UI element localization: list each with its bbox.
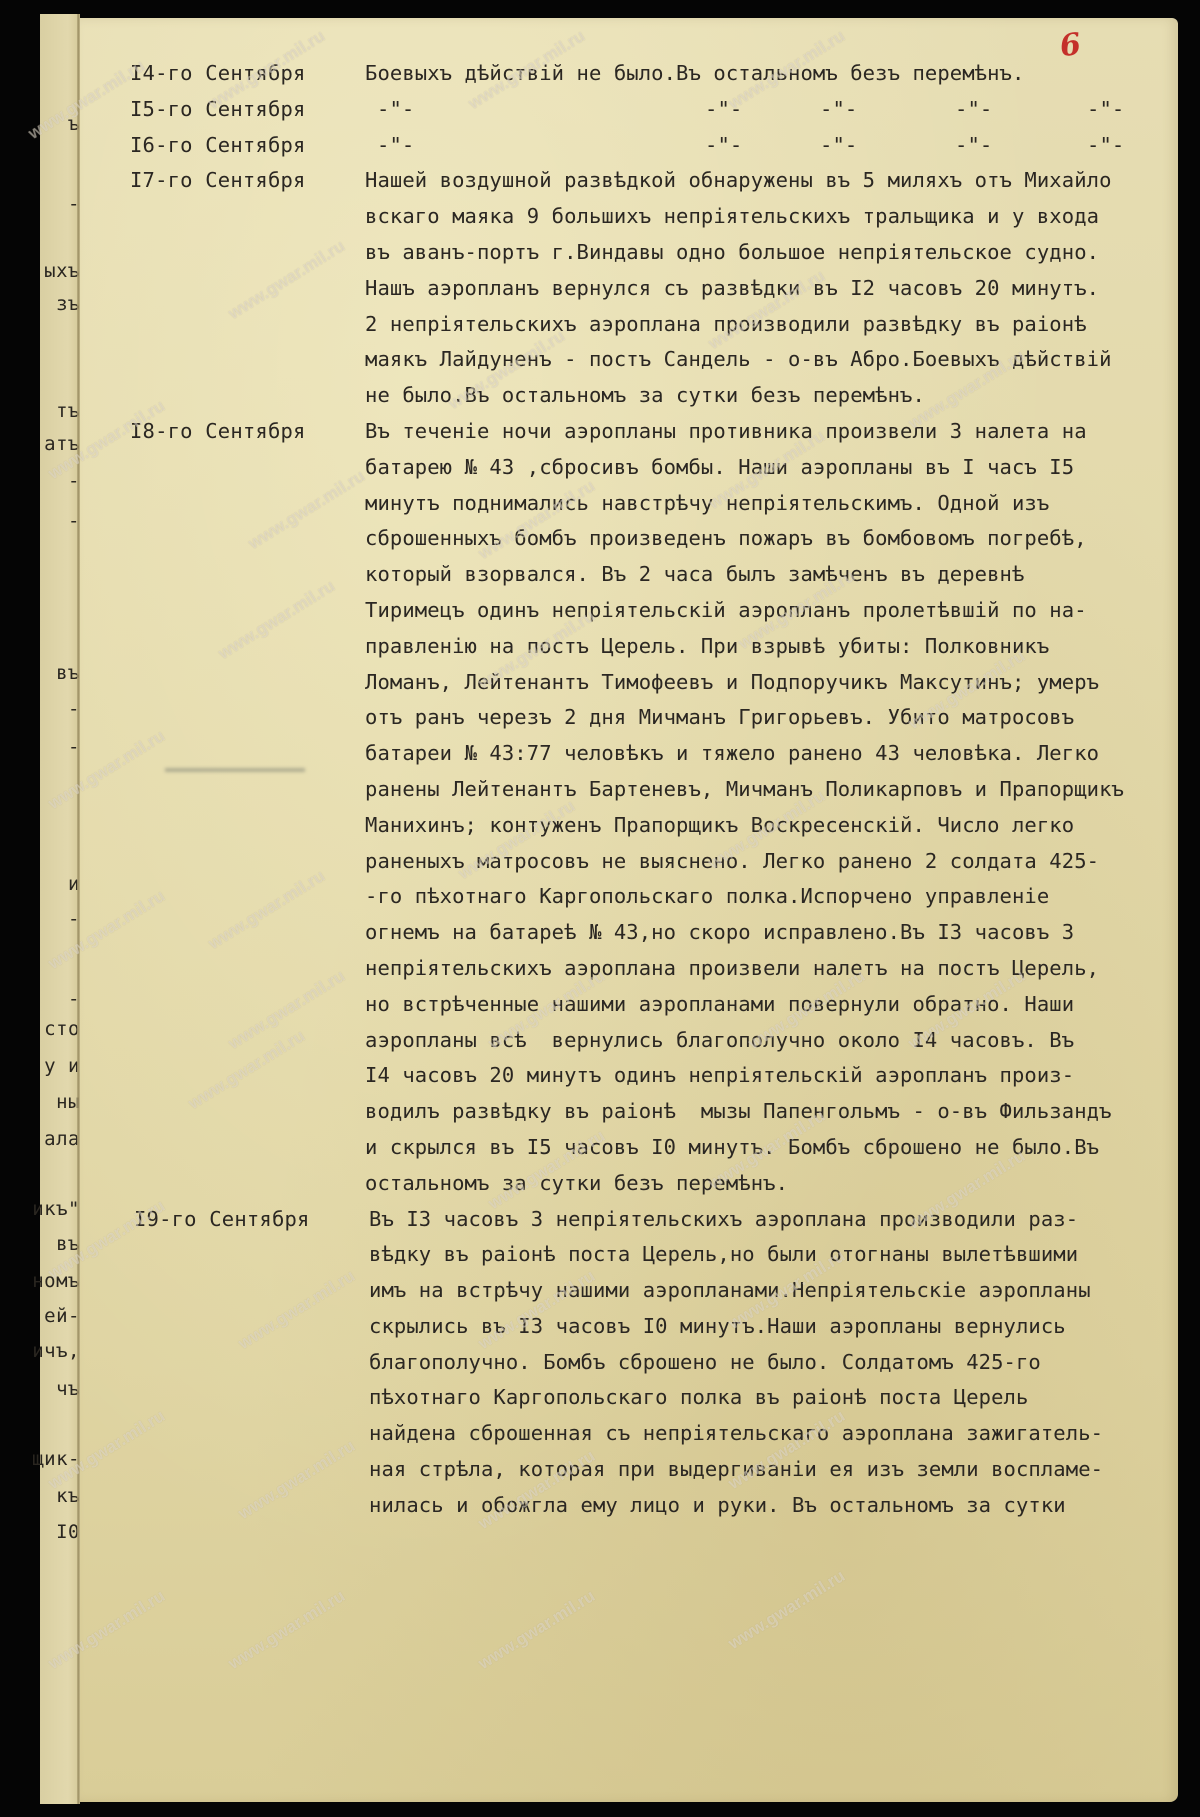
entry-ditto-marks: -"--"--"--"--"--"- bbox=[365, 92, 1190, 128]
text-line: и скрылся въ I5 часовъ I0 минутъ. Бомбъ … bbox=[365, 1130, 1190, 1166]
text-line: Тиримецъ одинъ непрiятельскiй аэропланъ … bbox=[365, 593, 1190, 629]
text-line: благополучно. Бомбъ сброшено не было. Со… bbox=[369, 1345, 1190, 1381]
text-line: маякъ Лайдуненъ - постъ Сандель - о-въ А… bbox=[365, 342, 1190, 378]
entry-date: I4-го Сентября bbox=[130, 56, 365, 92]
text-line: въ аванъ-портъ г.Виндавы одно большое не… bbox=[365, 235, 1190, 271]
log-entry: I6-го Сентября -"--"--"--"--"--"- bbox=[130, 128, 1190, 164]
entry-date: I5-го Сентября bbox=[130, 92, 365, 128]
entry-text: Въ теченiе ночи аэропланы противника про… bbox=[365, 414, 1190, 1202]
log-entry: I9-го Сентября Въ I3 часовъ 3 непрiятель… bbox=[130, 1202, 1190, 1524]
fragment-text: ичъ, bbox=[32, 1340, 80, 1362]
text-line: Въ теченiе ночи аэропланы противника про… bbox=[365, 414, 1190, 450]
text-line: скрылись въ I3 часовъ I0 минутъ.Наши аэр… bbox=[369, 1309, 1190, 1345]
ditto-mark: -"- bbox=[955, 92, 992, 128]
entry-text: Боевыхъ дѣйствiй не было.Въ остальномъ б… bbox=[365, 56, 1190, 92]
text-line: не было.Въ остальномъ за сутки безъ пере… bbox=[365, 378, 1190, 414]
fragment-text: ей- bbox=[44, 1305, 80, 1327]
ditto-mark: -"- bbox=[705, 92, 742, 128]
ditto-mark: -"- bbox=[955, 128, 992, 164]
entry-text: Нашей воздушной развѣдкой обнаружены въ … bbox=[365, 163, 1190, 414]
text-line: найдена сброшенная съ непрiятельскаго аэ… bbox=[369, 1416, 1190, 1452]
text-line: остальномъ за сутки безъ перемѣнъ. bbox=[365, 1166, 1190, 1202]
text-line: Боевыхъ дѣйствiй не было.Въ остальномъ б… bbox=[365, 56, 1190, 92]
text-line: имъ на встрѣчу нашими аэропланами.Непрiя… bbox=[369, 1273, 1190, 1309]
ditto-mark: -"- bbox=[1087, 128, 1124, 164]
log-entry: I4-го Сентября Боевыхъ дѣйствiй не было.… bbox=[130, 56, 1190, 92]
text-line: сброшенныхъ бомбъ произведенъ пожаръ въ … bbox=[365, 521, 1190, 557]
text-line: ранены Лейтенантъ Бартеневъ, Мичманъ Пол… bbox=[365, 772, 1190, 808]
text-line: Нашей воздушной развѣдкой обнаружены въ … bbox=[365, 163, 1190, 199]
fragment-text: сто bbox=[44, 1018, 80, 1040]
ditto-mark: -"- bbox=[705, 128, 742, 164]
fragment-text: у и bbox=[44, 1055, 80, 1077]
text-line: батарею № 43 ,сбросивъ бомбы. Наши аэроп… bbox=[365, 450, 1190, 486]
text-line: непрiятельскихъ аэроплана произвели нале… bbox=[365, 951, 1190, 987]
text-line: нилась и обожгла ему лицо и руки. Въ ост… bbox=[369, 1488, 1190, 1524]
ditto-mark: -"- bbox=[820, 128, 857, 164]
previous-page-fragment: ъ-ыхъзътъатъ--въ--и--стоу иныалаикъ"въно… bbox=[40, 14, 80, 1804]
entry-date: I8-го Сентября bbox=[130, 414, 365, 1202]
fragment-text: номъ bbox=[32, 1270, 80, 1292]
text-line: который взорвался. Въ 2 часа былъ замѣче… bbox=[365, 557, 1190, 593]
text-line: аэропланы всѣ вернулись благополучно око… bbox=[365, 1023, 1190, 1059]
text-line: Манихинъ; контуженъ Прапорщикъ Воскресен… bbox=[365, 808, 1190, 844]
text-line: ная стрѣла, которая при выдергиванiи ея … bbox=[369, 1452, 1190, 1488]
fragment-text: ыхъ bbox=[44, 260, 80, 282]
ditto-row: -"--"--"--"--"--"- bbox=[365, 92, 1190, 128]
ditto-mark: -"- bbox=[377, 133, 414, 157]
log-entry: I5-го Сентября -"--"--"--"--"--"- bbox=[130, 92, 1190, 128]
log-entry: I8-го Сентября Въ теченiе ночи аэропланы… bbox=[130, 414, 1190, 1202]
fragment-text: щик- bbox=[32, 1448, 80, 1470]
text-line: водилъ развѣдку въ раiонѣ мызы Папенголь… bbox=[365, 1094, 1190, 1130]
ditto-mark: -"- bbox=[377, 97, 414, 121]
text-line: батареи № 43:77 человѣкъ и тяжело ранено… bbox=[365, 736, 1190, 772]
text-line: вскаго маяка 9 большихъ непрiятельскихъ … bbox=[365, 199, 1190, 235]
text-line: I4 часовъ 20 минутъ одинъ непрiятельскiй… bbox=[365, 1058, 1190, 1094]
text-line: 2 непрiятельскихъ аэроплана производили … bbox=[365, 307, 1190, 343]
text-line: вѣдку въ раiонѣ поста Церель,но были ото… bbox=[369, 1237, 1190, 1273]
log-entry: I7-го Сентября Нашей воздушной развѣдкой… bbox=[130, 163, 1190, 414]
war-log-entries: I4-го Сентября Боевыхъ дѣйствiй не было.… bbox=[130, 56, 1190, 1524]
entry-text: Въ I3 часовъ 3 непрiятельскихъ аэроплана… bbox=[369, 1202, 1190, 1524]
text-line: но встрѣченные нашими аэропланами поверн… bbox=[365, 987, 1190, 1023]
ditto-mark: -"- bbox=[820, 92, 857, 128]
text-line: огнемъ на батареѣ № 43,но скоро исправле… bbox=[365, 915, 1190, 951]
fragment-text: икъ" bbox=[32, 1198, 80, 1220]
text-line: правленiю на постъ Церель. При взрывѣ уб… bbox=[365, 629, 1190, 665]
text-line: раненыхъ матросовъ не выяснено. Легко ра… bbox=[365, 844, 1190, 880]
text-line: отъ ранъ черезъ 2 дня Мичманъ Григорьевъ… bbox=[365, 700, 1190, 736]
text-line: Нашъ аэропланъ вернулся съ развѣдки въ I… bbox=[365, 271, 1190, 307]
entry-ditto-marks: -"--"--"--"--"--"- bbox=[365, 128, 1190, 164]
ditto-mark: -"- bbox=[1087, 92, 1124, 128]
text-line: Ломанъ, Лейтенантъ Тимофеевъ и Подпоручи… bbox=[365, 665, 1190, 701]
entry-date: I9-го Сентября bbox=[130, 1202, 369, 1524]
text-line: минутъ поднимались навстрѣчу непрiятельс… bbox=[365, 486, 1190, 522]
entry-date: I7-го Сентября bbox=[130, 163, 365, 414]
ditto-row: -"--"--"--"--"--"- bbox=[365, 128, 1190, 164]
text-line: Въ I3 часовъ 3 непрiятельскихъ аэроплана… bbox=[369, 1202, 1190, 1238]
fragment-text: ала bbox=[44, 1128, 80, 1150]
fragment-text: атъ bbox=[44, 433, 80, 455]
text-line: -го пѣхотнаго Каргопольскаго полка.Испор… bbox=[365, 879, 1190, 915]
entry-date: I6-го Сентября bbox=[130, 128, 365, 164]
text-line: пѣхотнаго Каргопольскаго полка въ раiонѣ… bbox=[369, 1380, 1190, 1416]
